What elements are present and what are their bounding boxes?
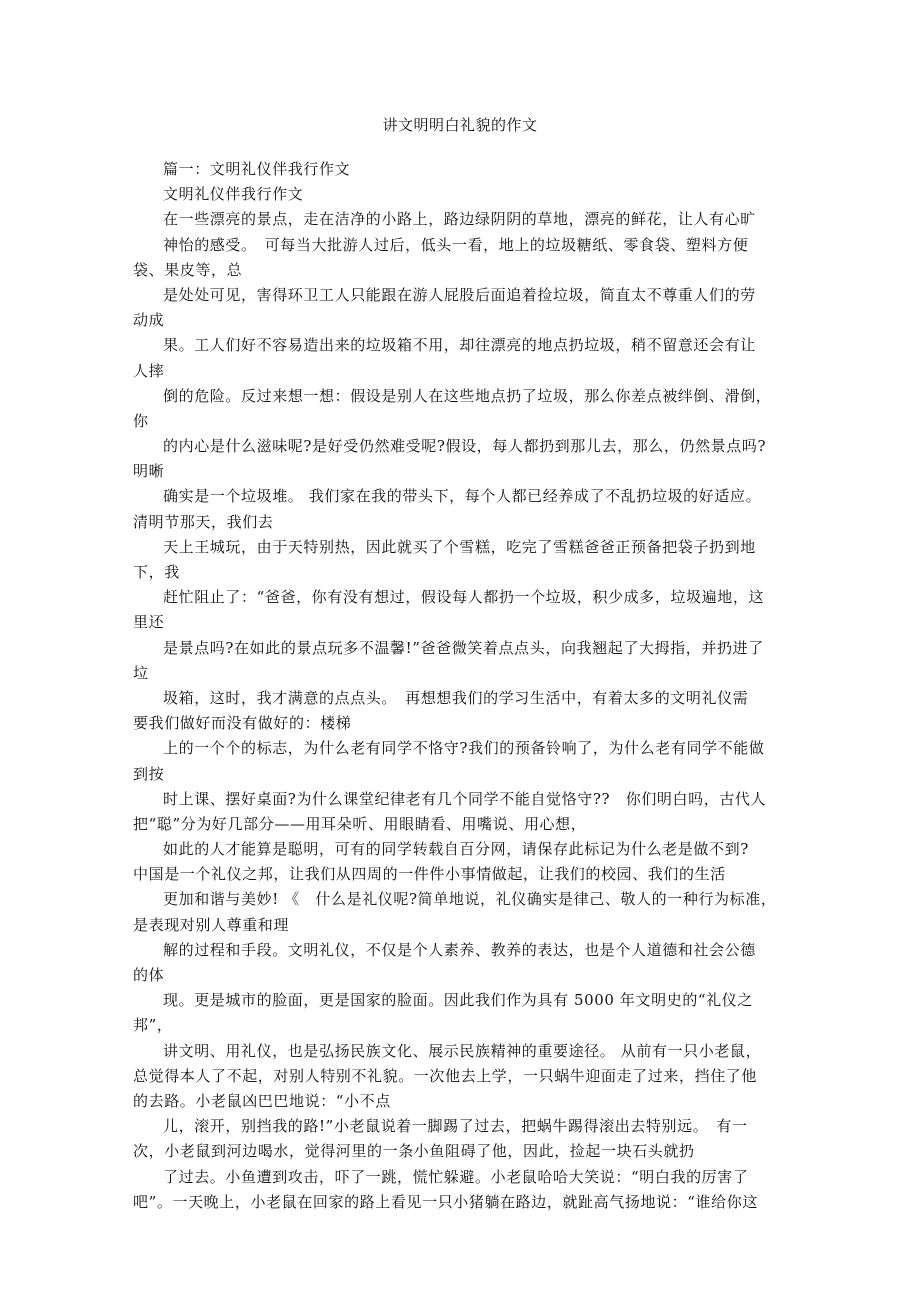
text-line: 清明节那天，我们去	[133, 510, 793, 535]
text-line: 是表现对别人尊重和理	[133, 913, 793, 938]
text-line: 讲文明、用礼仪，也是弘扬民族文化、展示民族精神的重要途径。 从前有一只小老鼠，	[133, 1039, 793, 1064]
text-line: 次，小老鼠到河边喝水，觉得河里的一条小鱼阻碍了他，因此，捡起一块石头就扔	[133, 1139, 793, 1164]
text-line: 时上课、摆好桌面?为什么课堂纪律老有几个同学不能自觉恪守?? 你们明白吗，古代人	[133, 787, 793, 812]
text-line: 是景点吗?在如此的景点玩多不温馨!”爸爸微笑着点点头，向我翘起了大拇指，并扔进了	[133, 636, 793, 661]
text-line: 果。工人们好不容易造出来的垃圾箱不用，却往漂亮的地点扔垃圾，稍不留意还会有让	[133, 333, 793, 358]
text-line: 的体	[133, 963, 793, 988]
document-body: 篇一：文明礼仪伴我行作文文明礼仪伴我行作文在一些漂亮的景点，走在洁净的小路上，路…	[133, 157, 793, 1215]
text-line: 篇一：文明礼仪伴我行作文	[133, 157, 793, 182]
text-line: 赶忙阻止了：“爸爸，你有没有想过，假设每人都扔一个垃圾，积少成多，垃圾遍地，这	[133, 585, 793, 610]
text-line: 到按	[133, 762, 793, 787]
text-line: 在一些漂亮的景点，走在洁净的小路上，路边绿阴阴的草地，漂亮的鲜花，让人有心旷	[133, 207, 793, 232]
text-line: 要我们做好而没有做好的：楼梯	[133, 711, 793, 736]
text-line: 吧”。一天晚上，小老鼠在回家的路上看见一只小猪躺在路边，就趾高气扬地说：“谁给你…	[133, 1190, 793, 1215]
text-line: 动成	[133, 308, 793, 333]
text-line: 袋、果皮等，总	[133, 258, 793, 283]
text-line: 倒的危险。反过来想一想：假设是别人在这些地点扔了垃圾，那么你差点被绊倒、滑倒，	[133, 384, 793, 409]
text-line: 现。更是城市的脸面，更是国家的脸面。因此我们作为具有 5000 年文明史的“礼仪…	[133, 988, 793, 1013]
text-line: 的内心是什么滋味呢?是好受仍然难受呢?假设，每人都扔到那儿去，那么，仍然景点吗?	[133, 434, 793, 459]
text-line: 中国是一个礼仪之邦，让我们从四周的一件件小事情做起，让我们的校园、我们的生活	[133, 862, 793, 887]
text-line: 你	[133, 409, 793, 434]
text-line: 如此的人才能算是聪明，可有的同学转载自百分网，请保存此标记为什么老是做不到?	[133, 837, 793, 862]
text-line: 总觉得本人了不起，对别人特别不礼貌。一次他去上学，一只蜗牛迎面走了过来，挡住了他	[133, 1064, 793, 1089]
text-line: 了过去。小鱼遭到攻击，吓了一跳，慌忙躲避。小老鼠哈哈大笑说：“明白我的厉害了	[133, 1165, 793, 1190]
text-line: 圾箱，这时，我才满意的点点头。 再想想我们的学习生活中，有着太多的文明礼仪需	[133, 686, 793, 711]
text-line: 儿，滚开，别挡我的路!”小老鼠说着一脚踢了过去，把蜗牛踢得滚出去特别远。 有一	[133, 1114, 793, 1139]
text-line: 把“聪”分为好几部分——用耳朵听、用眼睛看、用嘴说、用心想，	[133, 812, 793, 837]
text-line: 上的一个个的标志，为什么老有同学不恪守?我们的预备铃响了，为什么老有同学不能做	[133, 736, 793, 761]
text-line: 神怡的感受。 可每当大批游人过后，低头一看，地上的垃圾糖纸、零食袋、塑料方便	[133, 233, 793, 258]
text-line: 邦”，	[133, 1013, 793, 1038]
text-line: 更加和谐与美妙! 《 什么是礼仪呢?简单地说，礼仪确实是律己、敬人的一种行为标准…	[133, 887, 793, 912]
text-line: 天上王城玩，由于天特别热，因此就买了个雪糕，吃完了雪糕爸爸正预备把袋子扔到地	[133, 535, 793, 560]
document-page: 讲文明明白礼貌的作文 篇一：文明礼仪伴我行作文文明礼仪伴我行作文在一些漂亮的景点…	[0, 0, 920, 1302]
text-line: 下，我	[133, 560, 793, 585]
text-line: 是处处可见，害得环卫工人只能跟在游人屁股后面追着捡垃圾，简直太不尊重人们的劳	[133, 283, 793, 308]
text-line: 确实是一个垃圾堆。 我们家在我的带头下，每个人都已经养成了不乱扔垃圾的好适应。	[133, 484, 793, 509]
document-title: 讲文明明白礼貌的作文	[0, 114, 920, 136]
text-line: 人摔	[133, 359, 793, 384]
text-line: 文明礼仪伴我行作文	[133, 182, 793, 207]
text-line: 解的过程和手段。文明礼仪，不仅是个人素养、教养的表达，也是个人道德和社会公德	[133, 938, 793, 963]
text-line: 里还	[133, 610, 793, 635]
text-line: 明晰	[133, 459, 793, 484]
text-line: 的去路。小老鼠凶巴巴地说：“小不点	[133, 1089, 793, 1114]
text-line: 垃	[133, 661, 793, 686]
